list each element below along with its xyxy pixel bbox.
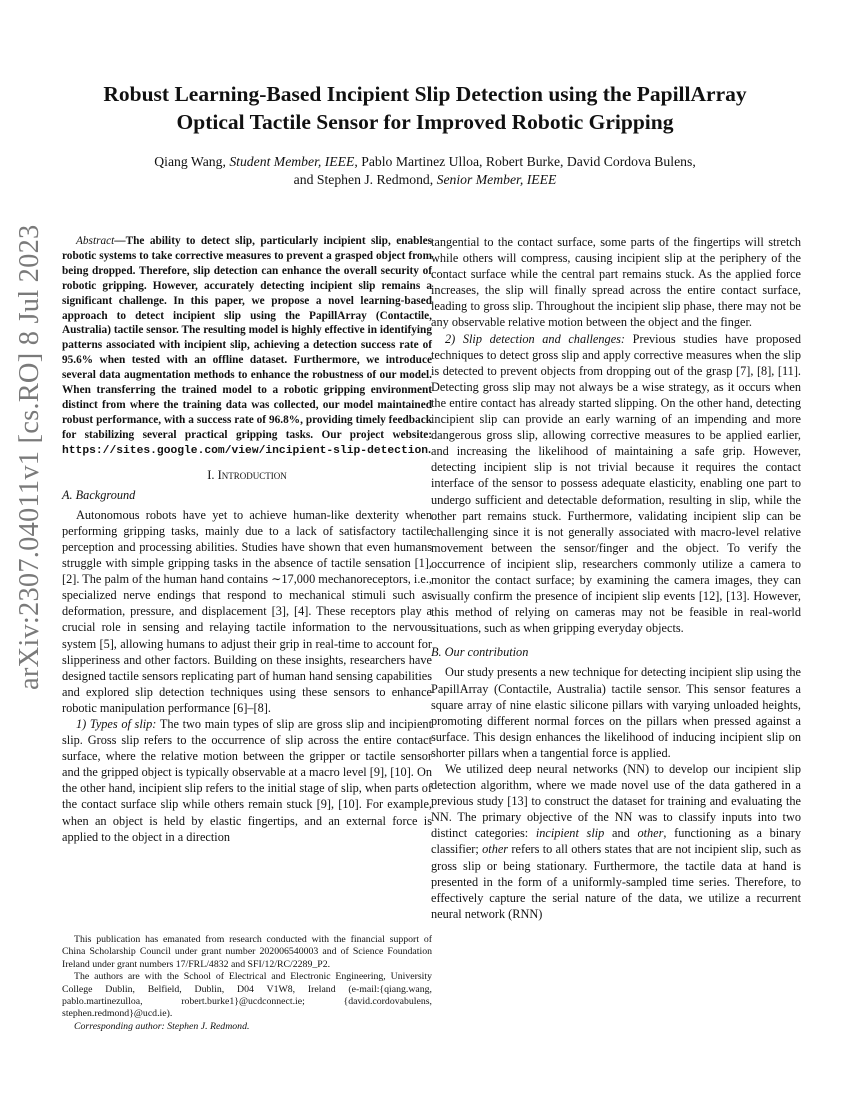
paper-title: Robust Learning-Based Incipient Slip Det… xyxy=(60,80,790,136)
author-names: and Stephen J. Redmond, xyxy=(294,172,437,187)
paragraph-label: 1) Types of slip: xyxy=(76,717,156,731)
footnote-corresponding-author: Corresponding author: Stephen J. Redmond… xyxy=(62,1021,432,1033)
emphasis: other xyxy=(482,842,508,856)
subsection-heading-contribution: B. Our contribution xyxy=(431,644,801,660)
abstract: Abstract—The ability to detect slip, par… xyxy=(62,234,432,459)
author-names: , Pablo Martinez Ulloa, Robert Burke, Da… xyxy=(354,154,695,169)
paragraph-types-of-slip: 1) Types of slip: The two main types of … xyxy=(62,716,432,845)
paragraph-text: and xyxy=(604,826,637,840)
title-line-2: Optical Tactile Sensor for Improved Robo… xyxy=(60,108,790,136)
paragraph-slip-detection: 2) Slip detection and challenges: Previo… xyxy=(431,331,801,637)
emphasis: incipient slip xyxy=(536,826,604,840)
author-membership: Senior Member, IEEE xyxy=(437,172,557,187)
right-column: tangential to the contact surface, some … xyxy=(431,234,801,922)
section-heading-introduction: I. Introduction xyxy=(62,467,432,483)
subsection-heading-background: A. Background xyxy=(62,487,432,503)
footnotes: This publication has emanated from resea… xyxy=(62,934,432,1033)
title-line-1: Robust Learning-Based Incipient Slip Det… xyxy=(60,80,790,108)
abstract-text: The ability to detect slip, particularly… xyxy=(62,235,432,441)
paragraph-contribution-2: We utilized deep neural networks (NN) to… xyxy=(431,761,801,922)
paragraph-contribution-1: Our study presents a new technique for d… xyxy=(431,664,801,761)
project-website-link[interactable]: https://sites.google.com/view/incipient-… xyxy=(62,445,428,457)
paragraph-text: Previous studies have proposed technique… xyxy=(431,332,801,636)
arxiv-identifier-stamp: arXiv:2307.04011v1 [cs.RO] 8 Jul 2023 xyxy=(14,225,46,690)
abstract-label: Abstract xyxy=(76,235,114,247)
emphasis: other xyxy=(637,826,663,840)
author-membership: Student Member, IEEE xyxy=(229,154,354,169)
paragraph-types-of-slip-continued: tangential to the contact surface, some … xyxy=(431,234,801,331)
left-column: Abstract—The ability to detect slip, par… xyxy=(62,234,432,845)
authors-line-2: and Stephen J. Redmond, Senior Member, I… xyxy=(60,171,790,189)
paragraph-text: The two main types of slip are gross sli… xyxy=(62,717,432,844)
abstract-dash: — xyxy=(114,235,125,247)
author-list: Qiang Wang, Student Member, IEEE, Pablo … xyxy=(60,153,790,189)
footnote-funding: This publication has emanated from resea… xyxy=(62,934,432,971)
paragraph-background: Autonomous robots have yet to achieve hu… xyxy=(62,507,432,716)
author-names: Qiang Wang, xyxy=(154,154,229,169)
authors-line-1: Qiang Wang, Student Member, IEEE, Pablo … xyxy=(60,153,790,171)
footnote-affiliation: The authors are with the School of Elect… xyxy=(62,971,432,1021)
paragraph-label: 2) Slip detection and challenges: xyxy=(445,332,625,346)
